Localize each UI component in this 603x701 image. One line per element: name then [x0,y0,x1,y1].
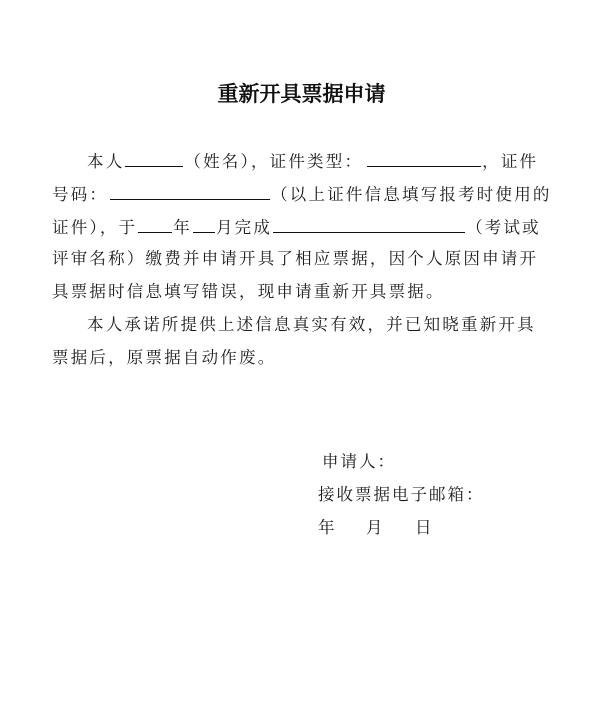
text-segment: （考试或 [466,216,541,240]
date-month-label: 月 [366,516,385,540]
id-type-blank-field[interactable] [367,148,481,167]
paragraph1-line2: 号码：（以上证件信息填写报考时使用的 [52,181,552,205]
paragraph1-line3: 证件），于年月完成（考试或 [52,214,541,238]
text-segment: 本人承诺所提供上述信息真实有效，并已知晓重新开具 [87,313,536,337]
name-blank-field[interactable] [125,148,183,167]
text-segment: 号码： [52,183,108,207]
applicant-label: 申请人： [322,450,396,474]
text-segment: 月完成 [216,216,272,240]
text-segment: 本人 [87,150,124,174]
paragraph1-line5: 具票据时信息填写错误，现申请重新开具票据。 [52,280,445,304]
text-segment: （姓名），证件类型： [184,150,363,174]
document-title: 重新开具票据申请 [0,78,603,108]
paragraph2-line2: 票据后，原票据自动作废。 [52,346,276,370]
text-segment: ，证件 [482,150,538,174]
text-segment: 证件），于 [52,216,137,240]
paragraph2-line1: 本人承诺所提供上述信息真实有效，并已知晓重新开具 [52,313,536,337]
text-segment: （以上证件信息填写报考时使用的 [271,183,552,207]
date-year-label: 年 [318,516,337,540]
id-number-blank-field[interactable] [110,181,270,200]
email-label: 接收票据电子邮箱： [318,483,485,507]
paragraph1-line4: 评审名称）缴费并申请开具了相应票据，因个人原因申请开 [52,247,538,271]
month-blank-field[interactable] [193,214,215,233]
exam-name-blank-field[interactable] [273,214,465,233]
paragraph1-line1: 本人（姓名），证件类型：，证件 [52,148,538,172]
year-blank-field[interactable] [138,214,172,233]
text-segment: 年 [173,216,192,240]
date-day-label: 日 [415,516,434,540]
